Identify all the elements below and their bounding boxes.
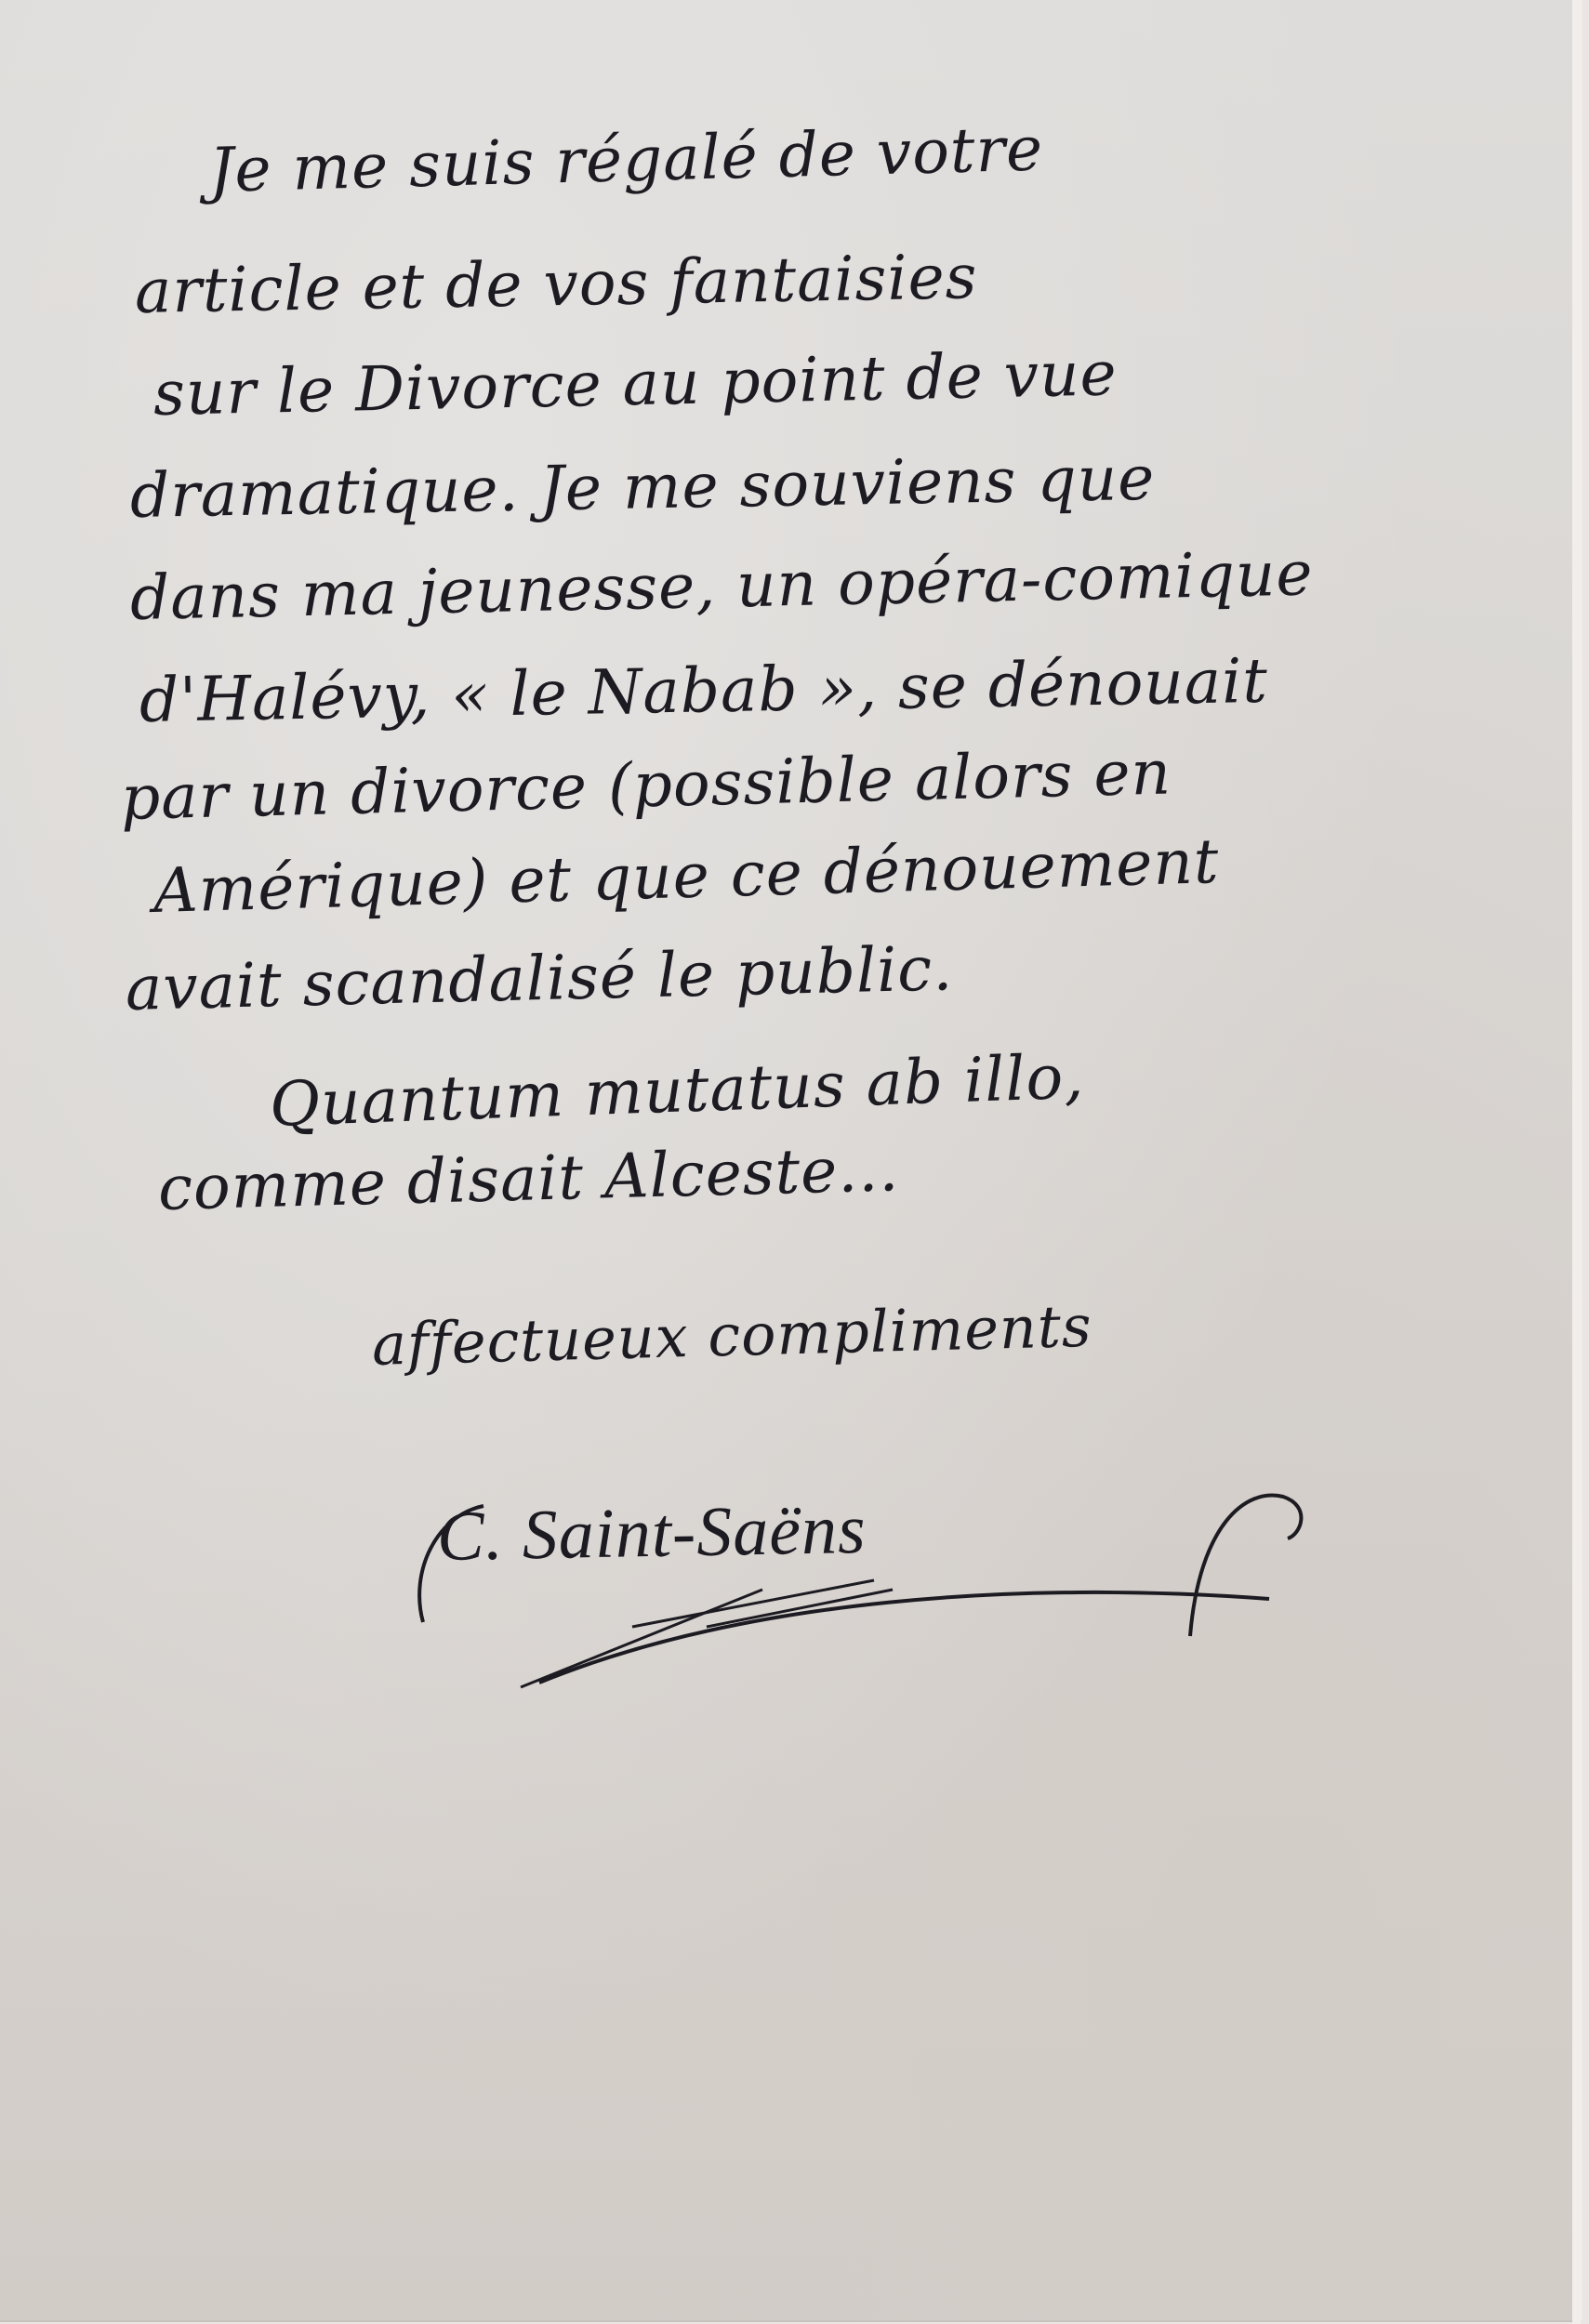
letter-sheet: Je me suis régalé de votre article et de… (0, 0, 1581, 2320)
signature-flourish-icon (0, 0, 1589, 2324)
